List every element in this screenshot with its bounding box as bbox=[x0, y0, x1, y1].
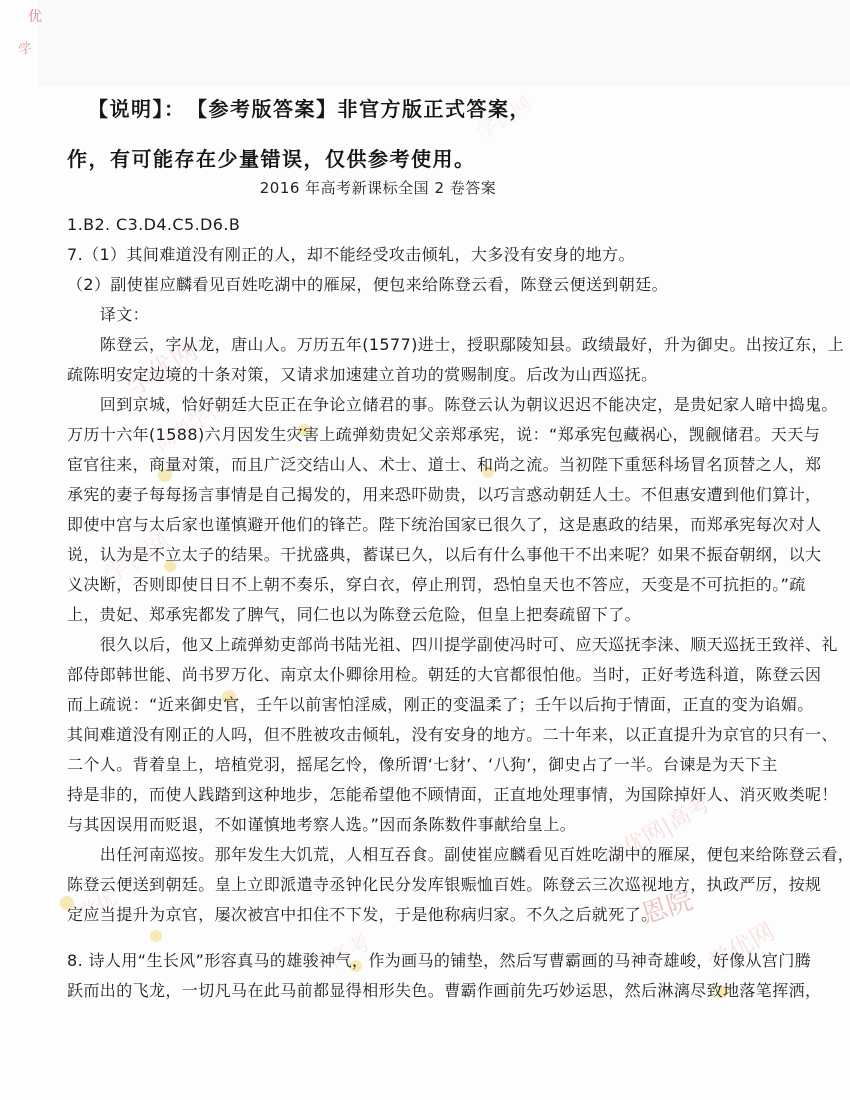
text-line: 万历十六年(1588)六月因发生灾害上疏弹劾贵妃父亲郑承宪，说：“郑承宪包藏祸心… bbox=[67, 420, 827, 450]
watermark-text: 学 bbox=[16, 37, 33, 59]
text-line: 其间难道没有刚正的人吗，但不胜被攻击倾轧，没有安身的地方。二十年来，以正直提升为… bbox=[67, 720, 827, 750]
scanned-document-page: 学优网高考学优学优网学优网学优网|高考恩院学优网高考学优优学 【说明】： 【参考… bbox=[0, 0, 850, 1100]
text-line: 而上疏说：“近来御史官，壬午以前害怕淫威，刚正的变温柔了；壬午以后拘于情面，正直… bbox=[67, 690, 827, 720]
scan-artifact-band bbox=[38, 0, 850, 86]
text-line: 跃而出的飞龙，一切凡马在此马前都显得相形失色。曹霸作画前先巧妙运思，然后淋漓尽致… bbox=[67, 976, 827, 1006]
text-line: 义决断，否则即使日日不上朝不奏乐，穿白衣，停止刑罚，恐怕皇天也不答应，天变是不可… bbox=[67, 570, 827, 600]
text-line: 定应当提升为京官，屡次被宫中扣住不下发，于是他称病归家。不久之后就死了。 bbox=[67, 900, 827, 930]
document-title: 2016 年高考新课标全国 2 卷答案 bbox=[0, 177, 803, 198]
text-line: 说，认为是不立太子的结果。干扰盛典，蓄谋已久，以后有什么事他干不出来呢？如果不振… bbox=[67, 540, 827, 570]
text-line: 即使中宫与太后家也谨慎避开他们的锋芒。陛下统治国家已很久了，这是惠政的结果，而郑… bbox=[67, 510, 827, 540]
text-line: 疏陈明安定边境的十条对策，又请求加速建立首功的赏赐制度。后改为山西巡抚。 bbox=[67, 360, 827, 390]
text-line: 很久以后，他又上疏弹劾吏部尚书陆光祖、四川提学副使冯时可、应天巡抚李涞、顺天巡抚… bbox=[67, 630, 827, 660]
text-line: 1.B2. C3.D4.C5.D6.B bbox=[67, 210, 827, 240]
document-body: 1.B2. C3.D4.C5.D6.B7.（1）其间难道没有刚正的人，却不能经受… bbox=[67, 210, 827, 1006]
text-line: 持是非的，而使人践踏到这种地步，怎能希望他不顾情面，正直地处理事情，为国除掉奸人… bbox=[67, 780, 827, 810]
text-line: （2）副使崔应麟看见百姓吃湖中的雁屎，便包来给陈登云看，陈登云便送到朝廷。 bbox=[67, 270, 827, 300]
text-line: 部侍郎韩世能、尚书罗万化、南京太仆卿徐用检。朝廷的大官都很怕他。当时，正好考选科… bbox=[67, 660, 827, 690]
text-line: 陈登云便送到朝廷。皇上立即派遣寺丞钟化民分发库银赈恤百姓。陈登云三次巡视地方，执… bbox=[67, 870, 827, 900]
text-line: 与其因误用而贬退，不如谨慎地考察人选。”因而条陈数件事献给皇上。 bbox=[67, 810, 827, 840]
text-line: 8. 诗人用“生长风”形容真马的雄骏神气，作为画马的铺垫，然后写曹霸画的马神奇雄… bbox=[67, 946, 827, 976]
text-line: 宦官往来，商量对策，而且广泛交结山人、术士、道士、和尚之流。当初陛下重惩科场冒名… bbox=[67, 450, 827, 480]
text-line: 上，贵妃、郑承宪都发了脾气，同仁也以为陈登云危险，但皇上把奏疏留下了。 bbox=[67, 600, 827, 630]
text-line: 承宪的妻子每每扬言事情是自己揭发的，用来恐吓勋贵，以巧言惑动朝廷人士。不但惠安遭… bbox=[67, 480, 827, 510]
notice-line-1: 【说明】： 【参考版答案】非官方版正式答案， bbox=[88, 93, 531, 122]
text-line: 7.（1）其间难道没有刚正的人，却不能经受攻击倾轧，大多没有安身的地方。 bbox=[67, 240, 827, 270]
text-line: 回到京城，恰好朝廷大臣正在争论立储君的事。陈登云认为朝议迟迟不能决定，是贵妃家人… bbox=[67, 390, 827, 420]
text-line: 陈登云，字从龙，唐山人。万历五年(1577)进士，授职鄢陵知县。政绩最好，升为御… bbox=[67, 330, 827, 360]
text-line: 译文： bbox=[67, 300, 827, 330]
notice-line-2: 作，有可能存在少量错误，仅供参考使用。 bbox=[67, 143, 476, 172]
text-line: 出任河南巡按。那年发生大饥荒，人相互吞食。副使崔应麟看见百姓吃湖中的雁屎，便包来… bbox=[67, 840, 827, 870]
text-line: 二个人。背着皇上，培植党羽，摇尾乞怜，像所谓‘七豺’、‘八狗’，御史占了一半。台… bbox=[67, 750, 827, 780]
